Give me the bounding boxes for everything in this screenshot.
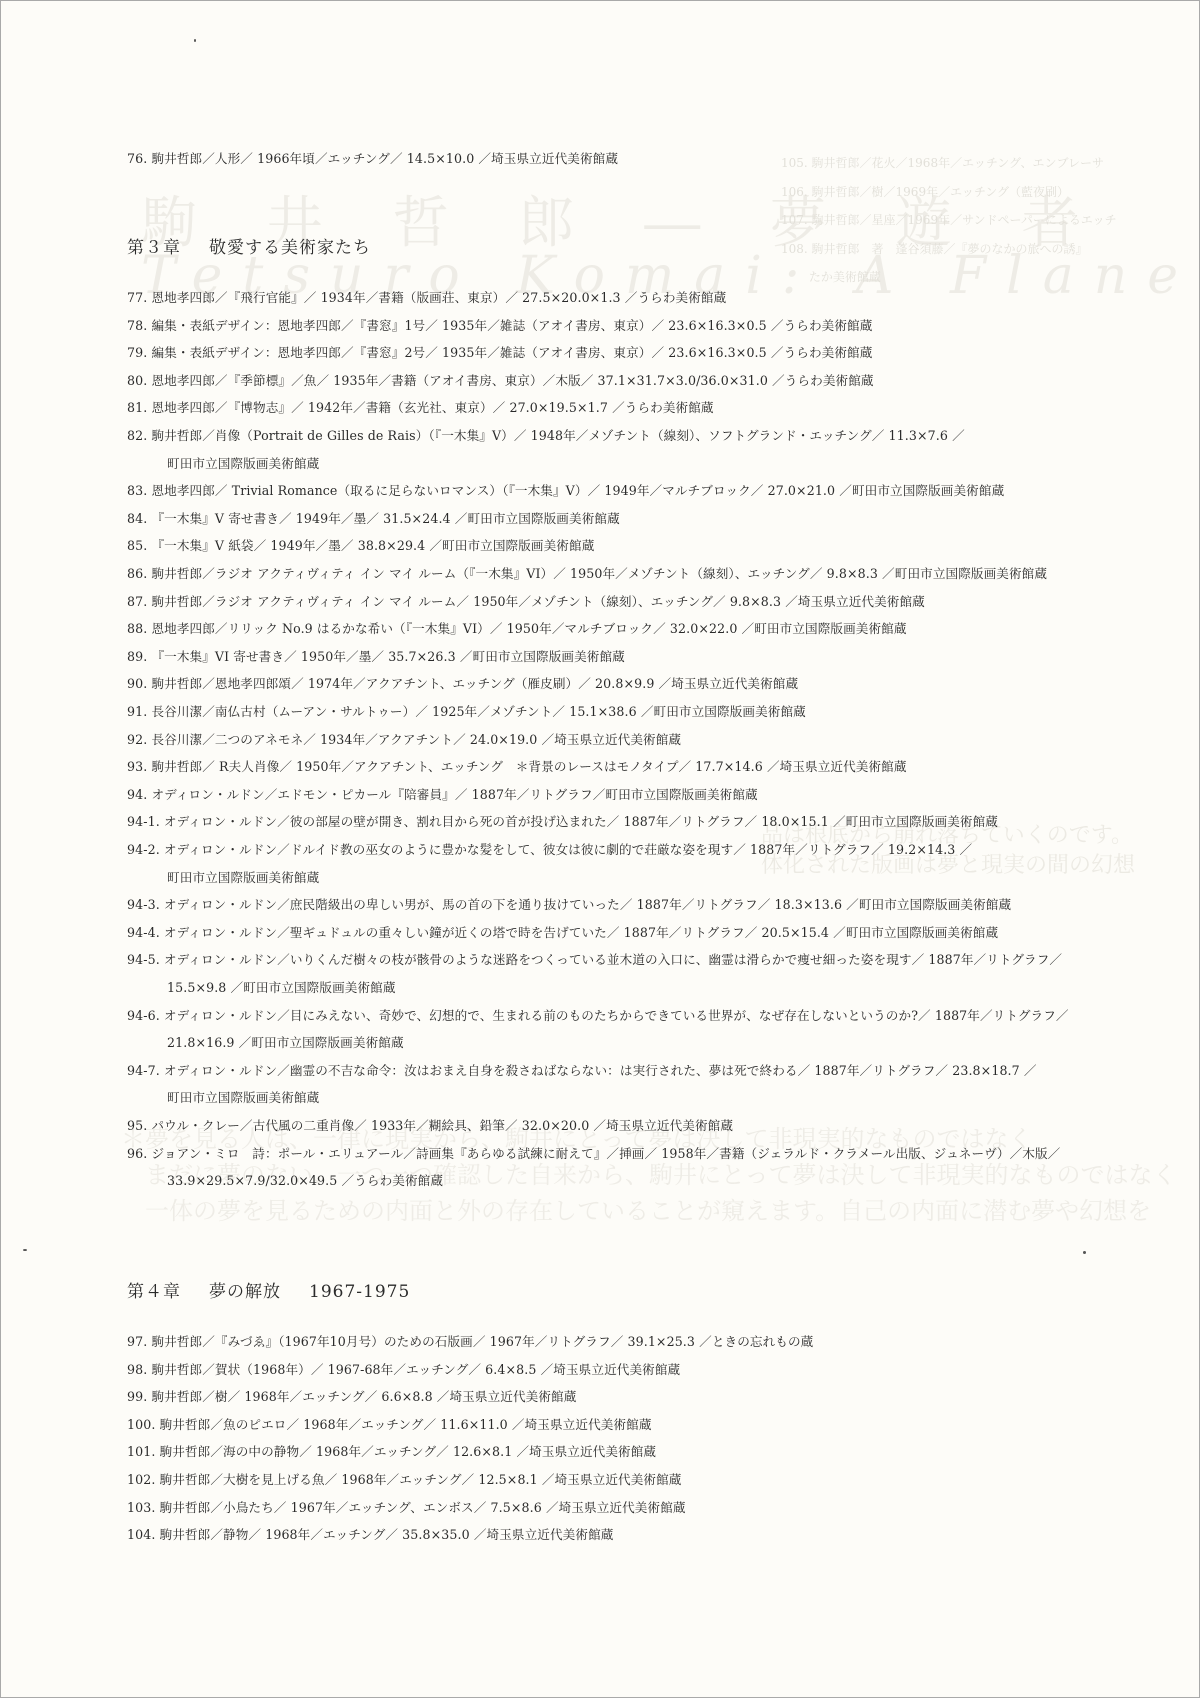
entry-number: 103. [127,1500,155,1515]
entry-number: 93. [127,759,147,774]
entry-number: 86. [127,566,147,581]
catalog-entry-continuation: 町田市立国際版画美術館蔵 [167,456,319,472]
entry-number: 100. [127,1417,155,1432]
entry-text: オディロン・ルドン／エドモン・ピカール『陪審員』／ 1887年／リトグラフ／町田… [151,787,757,802]
entry-text: 恩地孝四郎／リリック No.9 はるかな希い（『一木集』VI）／ 1950年／マ… [151,621,906,636]
entry-number: 84. [127,511,147,526]
catalog-entry: 94-2. オディロン・ルドン／ドルイド教の巫女のように豊かな髪をして、彼女は彼… [127,842,972,858]
entry-number: 87. [127,594,147,609]
entry-number: 96. [127,1146,147,1161]
catalog-entry: 93. 駒井哲郎／ R夫人肖像／ 1950年／アクアチント、エッチング ＊背景の… [127,759,907,775]
entry-number: 94-1. [127,814,160,829]
entry-number: 97. [127,1334,147,1349]
entry-number: 94-4. [127,925,160,940]
scan-speck [23,1249,27,1251]
catalog-entry: 94-1. オディロン・ルドン／彼の部屋の壁が開き、割れ目から死の首が投げ込まれ… [127,814,998,830]
catalog-entry: 94-5. オディロン・ルドン／いりくんだ樹々の枝が骸骨のような迷路をつくってい… [127,952,1062,968]
entry-text: 駒井哲郎／樹／ 1968年／エッチング／ 6.6×8.8 ／埼玉県立近代美術館蔵 [151,1389,576,1404]
entry-text: 駒井哲郎／ラジオ アクティヴィティ イン マイ ルーム／ 1950年／メゾチント… [151,594,924,609]
catalog-entry-continuation: 町田市立国際版画美術館蔵 [167,870,319,886]
entry-number: 104. [127,1527,155,1542]
scan-speck [194,39,196,42]
entry-number: 91. [127,704,147,719]
chapter-years: 1967-1975 [309,1282,410,1302]
entry-text: 『一木集』VI 寄せ書き／ 1950年／墨／ 35.7×26.3 ／町田市立国際… [151,649,624,664]
entry-number: 80. [127,373,147,388]
catalog-entry: 95. パウル・クレー／古代風の二重肖像／ 1933年／糊絵具、鉛筆／ 32.0… [127,1118,733,1134]
catalog-entry: 81. 恩地孝四郎／『博物志』／ 1942年／書籍（玄光社、東京）／ 27.0×… [127,400,714,416]
entry-number: 89. [127,649,147,664]
entry-text: オディロン・ルドン／聖ギュドュルの重々しい鐘が近くの塔で時を告げていた／ 188… [164,925,998,940]
catalog-entry: 83. 恩地孝四郎／ Trivial Romance（取るに足らないロマンス）（… [127,483,1004,499]
entry-number: 94-6. [127,1008,160,1023]
entry-text: 駒井哲郎／魚のピエロ／ 1968年／エッチング／ 11.6×11.0 ／埼玉県立… [160,1417,652,1432]
catalog-entry: 90. 駒井哲郎／恩地孝四郎頌／ 1974年／アクアチント、エッチング（雁皮刷）… [127,676,798,692]
catalog-entry-continuation: 15.5×9.8 ／町田市立国際版画美術館蔵 [167,980,396,996]
entry-text: 『一木集』V 寄せ書き／ 1949年／墨／ 31.5×24.4 ／町田市立国際版… [151,511,619,526]
entry-text: 恩地孝四郎／『博物志』／ 1942年／書籍（玄光社、東京）／ 27.0×19.5… [151,400,713,415]
entry-text: オディロン・ルドン／庶民階級出の卑しい男が、馬の首の下を通り抜けていった／ 18… [164,897,1011,912]
entry-text: 駒井哲郎／肖像（Portrait de Gilles de Rais）（『一木集… [151,428,964,443]
chapter-heading: 第４章夢の解放1967-1975 [127,1277,410,1302]
entry-number: 99. [127,1389,147,1404]
entry-text: オディロン・ルドン／ドルイド教の巫女のように豊かな髪をして、彼女は彼に劇的で荘厳… [164,842,972,857]
entry-number: 94-7. [127,1063,160,1078]
entry-number: 90. [127,676,147,691]
entry-text: 駒井哲郎／人形／ 1966年頃／エッチング／ 14.5×10.0 ／埼玉県立近代… [151,151,618,166]
catalog-entry: 100. 駒井哲郎／魚のピエロ／ 1968年／エッチング／ 11.6×11.0 … [127,1417,652,1433]
entry-number: 88. [127,621,147,636]
entry-number: 101. [127,1444,155,1459]
entry-text: オディロン・ルドン／いりくんだ樹々の枝が骸骨のような迷路をつくっている並木道の入… [164,952,1062,967]
entry-number: 94. [127,787,147,802]
catalog-entry-continuation: 33.9×29.5×7.9/32.0×49.5 ／うらわ美術館蔵 [167,1173,443,1189]
catalog-entry: 94. オディロン・ルドン／エドモン・ピカール『陪審員』／ 1887年／リトグラ… [127,787,758,803]
entry-number: 76. [127,151,147,166]
catalog-entry: 91. 長谷川潔／南仏古村（ムーアン・サルトゥー）／ 1925年／メゾチント／ … [127,704,806,720]
entry-text: 『一木集』V 紙袋／ 1949年／墨／ 38.8×29.4 ／町田市立国際版画美… [151,538,594,553]
entry-number: 102. [127,1472,155,1487]
entry-text: 恩地孝四郎／ Trivial Romance（取るに足らないロマンス）（『一木集… [151,483,1004,498]
entry-number: 79. [127,345,147,360]
chapter-heading: 第３章敬愛する美術家たち [127,233,371,258]
entry-text: 恩地孝四郎／『季節標』／魚／ 1935年／書籍（アオイ書房、東京）／木版／ 37… [151,373,873,388]
catalog-entry: 104. 駒井哲郎／静物／ 1968年／エッチング／ 35.8×35.0 ／埼玉… [127,1527,613,1543]
catalog-entry: 94-6. オディロン・ルドン／目にみえない、奇妙で、幻想的で、生まれる前のもの… [127,1008,1069,1024]
entry-text: 駒井哲郎／静物／ 1968年／エッチング／ 35.8×35.0 ／埼玉県立近代美… [160,1527,614,1542]
catalog-entry: 87. 駒井哲郎／ラジオ アクティヴィティ イン マイ ルーム／ 1950年／メ… [127,594,925,610]
catalog-entry: 94-7. オディロン・ルドン／幽霊の不吉な命令：汝はおまえ自身を殺さねばならな… [127,1063,1037,1079]
entry-text: 駒井哲郎／賀状（1968年）／ 1967-68年／エッチング／ 6.4×8.5 … [151,1362,680,1377]
catalog-entry: 82. 駒井哲郎／肖像（Portrait de Gilles de Rais）（… [127,428,965,444]
entry-number: 85. [127,538,147,553]
entry-number: 82. [127,428,147,443]
chapter-label: 第３章 [127,238,181,258]
entry-number: 94-5. [127,952,160,967]
chapter-title: 敬愛する美術家たち [209,238,371,258]
entry-text: オディロン・ルドン／彼の部屋の壁が開き、割れ目から死の首が投げ込まれた／ 188… [164,814,998,829]
entry-number: 77. [127,290,147,305]
catalog-entry: 102. 駒井哲郎／大樹を見上げる魚／ 1968年／エッチング／ 12.5×8.… [127,1472,682,1488]
entry-number: 83. [127,483,147,498]
scanned-page: 駒 井 哲 郎 ― 夢 遊 者 Tetsuro Komai: A Flaneur… [0,0,1200,1698]
entry-text: 駒井哲郎／ラジオ アクティヴィティ イン マイ ルーム（『一木集』VI）／ 19… [151,566,1047,581]
catalog-entry: 92. 長谷川潔／二つのアネモネ／ 1934年／アクアチント／ 24.0×19.… [127,732,681,748]
entry-number: 98. [127,1362,147,1377]
catalog-entry-continuation: 21.8×16.9 ／町田市立国際版画美術館蔵 [167,1035,404,1051]
catalog-entry-continuation: 町田市立国際版画美術館蔵 [167,1090,319,1106]
entry-text: 駒井哲郎／大樹を見上げる魚／ 1968年／エッチング／ 12.5×8.1 ／埼玉… [160,1472,682,1487]
entry-text: 編集・表紙デザイン：恩地孝四郎／『書窓』2号／ 1935年／雑誌（アオイ書房、東… [151,345,872,360]
entry-number: 78. [127,318,147,333]
catalog-entry: 77. 恩地孝四郎／『飛行官能』／ 1934年／書籍（版画荘、東京）／ 27.5… [127,290,726,306]
entry-text: パウル・クレー／古代風の二重肖像／ 1933年／糊絵具、鉛筆／ 32.0×20.… [151,1118,733,1133]
chapter-label: 第４章 [127,1282,181,1302]
entry-number: 95. [127,1118,147,1133]
catalog-entry: 80. 恩地孝四郎／『季節標』／魚／ 1935年／書籍（アオイ書房、東京）／木版… [127,373,874,389]
bleed-through-list: 105. 駒井哲郎／花火／1968年／エッチング、エンブレーサ 106. 駒井哲… [781,149,1117,292]
catalog-entry: 97. 駒井哲郎／『みづゑ』（1967年10月号）のための石版画／ 1967年／… [127,1334,813,1350]
catalog-entry: 98. 駒井哲郎／賀状（1968年）／ 1967-68年／エッチング／ 6.4×… [127,1362,680,1378]
catalog-entry: 84. 『一木集』V 寄せ書き／ 1949年／墨／ 31.5×24.4 ／町田市… [127,511,620,527]
catalog-entry: 86. 駒井哲郎／ラジオ アクティヴィティ イン マイ ルーム（『一木集』VI）… [127,566,1047,582]
catalog-entry: 79. 編集・表紙デザイン：恩地孝四郎／『書窓』2号／ 1935年／雑誌（アオイ… [127,345,872,361]
entry-number: 94-3. [127,897,160,912]
entry-text: オディロン・ルドン／目にみえない、奇妙で、幻想的で、生まれる前のものたちからでき… [164,1008,1069,1023]
catalog-entry: 89. 『一木集』VI 寄せ書き／ 1950年／墨／ 35.7×26.3 ／町田… [127,649,625,665]
entry-text: 駒井哲郎／小鳥たち／ 1967年／エッチング、エンボス／ 7.5×8.6 ／埼玉… [160,1500,686,1515]
catalog-entry: 88. 恩地孝四郎／リリック No.9 はるかな希い（『一木集』VI）／ 195… [127,621,907,637]
catalog-entry: 94-4. オディロン・ルドン／聖ギュドュルの重々しい鐘が近くの塔で時を告げてい… [127,925,998,941]
entry-text: 駒井哲郎／恩地孝四郎頌／ 1974年／アクアチント、エッチング（雁皮刷）／ 20… [151,676,798,691]
entry-text: 駒井哲郎／ R夫人肖像／ 1950年／アクアチント、エッチング ＊背景のレースは… [151,759,906,774]
entry-number: 92. [127,732,147,747]
catalog-entry: 78. 編集・表紙デザイン：恩地孝四郎／『書窓』1号／ 1935年／雑誌（アオイ… [127,318,872,334]
scan-speck [1083,1251,1086,1254]
catalog-entry: 99. 駒井哲郎／樹／ 1968年／エッチング／ 6.6×8.8 ／埼玉県立近代… [127,1389,576,1405]
entry-text: 駒井哲郎／海の中の静物／ 1968年／エッチング／ 12.6×8.1 ／埼玉県立… [160,1444,657,1459]
catalog-entry: 101. 駒井哲郎／海の中の静物／ 1968年／エッチング／ 12.6×8.1 … [127,1444,656,1460]
catalog-entry: 85. 『一木集』V 紙袋／ 1949年／墨／ 38.8×29.4 ／町田市立国… [127,538,594,554]
chapter-title: 夢の解放 [209,1282,281,1302]
catalog-entry: 103. 駒井哲郎／小鳥たち／ 1967年／エッチング、エンボス／ 7.5×8.… [127,1500,686,1516]
catalog-entry: 76. 駒井哲郎／人形／ 1966年頃／エッチング／ 14.5×10.0 ／埼玉… [127,151,618,167]
entry-text: 編集・表紙デザイン：恩地孝四郎／『書窓』1号／ 1935年／雑誌（アオイ書房、東… [151,318,872,333]
entry-text: 長谷川潔／南仏古村（ムーアン・サルトゥー）／ 1925年／メゾチント／ 15.1… [151,704,805,719]
catalog-entry: 96. ジョアン・ミロ 詩：ポール・エリュアール／詩画集『あらゆる試練に耐えて』… [127,1146,1060,1162]
entry-text: オディロン・ルドン／幽霊の不吉な命令：汝はおまえ自身を殺さねばならない：は実行さ… [164,1063,1037,1078]
entry-text: 恩地孝四郎／『飛行官能』／ 1934年／書籍（版画荘、東京）／ 27.5×20.… [151,290,726,305]
entry-number: 94-2. [127,842,160,857]
catalog-entry: 94-3. オディロン・ルドン／庶民階級出の卑しい男が、馬の首の下を通り抜けてい… [127,897,1011,913]
entry-text: ジョアン・ミロ 詩：ポール・エリュアール／詩画集『あらゆる試練に耐えて』／挿画／… [151,1146,1060,1161]
entry-text: 長谷川潔／二つのアネモネ／ 1934年／アクアチント／ 24.0×19.0 ／埼… [151,732,681,747]
entry-number: 81. [127,400,147,415]
entry-text: 駒井哲郎／『みづゑ』（1967年10月号）のための石版画／ 1967年／リトグラ… [151,1334,813,1349]
